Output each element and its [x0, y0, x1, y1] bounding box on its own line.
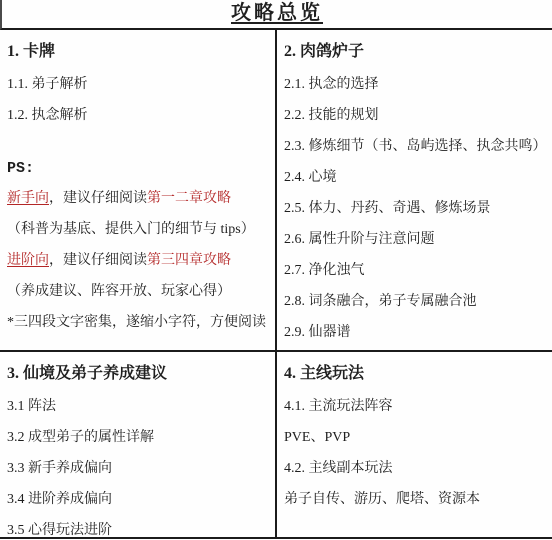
toc-item-2-3: 2.3. 修炼细节（书、岛屿选择、执念共鸣）	[284, 131, 552, 162]
ps-line1-mid: ，建议仔细阅读	[49, 191, 147, 206]
section-cards-cell: 1. 卡牌 1.1. 弟子解析 1.2. 执念解析 PS: 新手向，建议仔细阅读…	[0, 30, 277, 352]
toc-item-1-1: 1.1. 弟子解析	[7, 69, 275, 100]
ps-newbie-line: 新手向，建议仔细阅读第一二章攻略	[7, 183, 275, 214]
page-title: 攻略总览	[231, 0, 323, 26]
toc-item-4-1: 4.1. 主流玩法阵容	[284, 391, 552, 422]
guide-overview-document: 攻略总览 1. 卡牌 1.1. 弟子解析 1.2. 执念解析 PS: 新手向，建…	[0, 0, 552, 540]
toc-item-3-1: 3.1 阵法	[7, 391, 275, 422]
toc-item-3-4: 3.4 进阶养成偏向	[7, 484, 275, 515]
toc-item-4-2: 4.2. 主线副本玩法	[284, 453, 552, 484]
section-training-cell: 3. 仙境及弟子养成建议 3.1 阵法 3.2 成型弟子的属性详解 3.3 新手…	[0, 352, 277, 537]
toc-item-mainline-modes: 弟子自传、游历、爬塔、资源本	[284, 484, 552, 515]
title-row: 攻略总览	[0, 0, 552, 30]
toc-item-2-6: 2.6. 属性升阶与注意问题	[284, 224, 552, 255]
toc-item-2-2: 2.2. 技能的规划	[284, 100, 552, 131]
toc-item-2-5: 2.5. 体力、丹药、奇遇、修炼场景	[284, 193, 552, 224]
toc-item-3-5: 3.5 心得玩法进阶	[7, 515, 275, 537]
ps-note-1: （科普为基底、提供入门的细节与 tips）	[7, 214, 275, 245]
section-roguelike-cell: 2. 肉鸽炉子 2.1. 执念的选择 2.2. 技能的规划 2.3. 修炼细节（…	[277, 30, 552, 352]
toc-item-1-2: 1.2. 执念解析	[7, 100, 275, 131]
ps-line2-chapters: 第三四章攻略	[147, 253, 231, 268]
ps-label: PS:	[7, 155, 275, 183]
newbie-link: 新手向	[7, 191, 49, 206]
advanced-link: 进阶向	[7, 253, 49, 268]
toc-item-3-3: 3.3 新手养成偏向	[7, 453, 275, 484]
ps-footnote: *三四段文字密集，遂缩小字符，方便阅读	[7, 307, 275, 338]
toc-item-2-9: 2.9. 仙器谱	[284, 317, 552, 348]
toc-item-2-7: 2.7. 净化浊气	[284, 255, 552, 286]
section-mainline-cell: 4. 主线玩法 4.1. 主流玩法阵容 PVE、PVP 4.2. 主线副本玩法 …	[277, 352, 552, 537]
ps-note-2: （养成建议、阵容开放、玩家心得）	[7, 276, 275, 307]
ps-line1-chapters: 第一二章攻略	[147, 191, 231, 206]
toc-item-pve-pvp: PVE、PVP	[284, 422, 552, 453]
toc-item-3-2: 3.2 成型弟子的属性详解	[7, 422, 275, 453]
section-3-heading: 3. 仙境及弟子养成建议	[7, 363, 275, 385]
ps-line2-mid: ，建议仔细阅读	[49, 253, 147, 268]
section-2-heading: 2. 肉鸽炉子	[284, 41, 552, 63]
toc-item-2-4: 2.4. 心境	[284, 162, 552, 193]
ps-advanced-line: 进阶向，建议仔细阅读第三四章攻略	[7, 245, 275, 276]
section-4-heading: 4. 主线玩法	[284, 363, 552, 385]
toc-item-2-1: 2.1. 执念的选择	[284, 69, 552, 100]
section-1-heading: 1. 卡牌	[7, 41, 275, 63]
toc-grid: 1. 卡牌 1.1. 弟子解析 1.2. 执念解析 PS: 新手向，建议仔细阅读…	[0, 30, 552, 539]
toc-item-2-8: 2.8. 词条融合，弟子专属融合池	[284, 286, 552, 317]
